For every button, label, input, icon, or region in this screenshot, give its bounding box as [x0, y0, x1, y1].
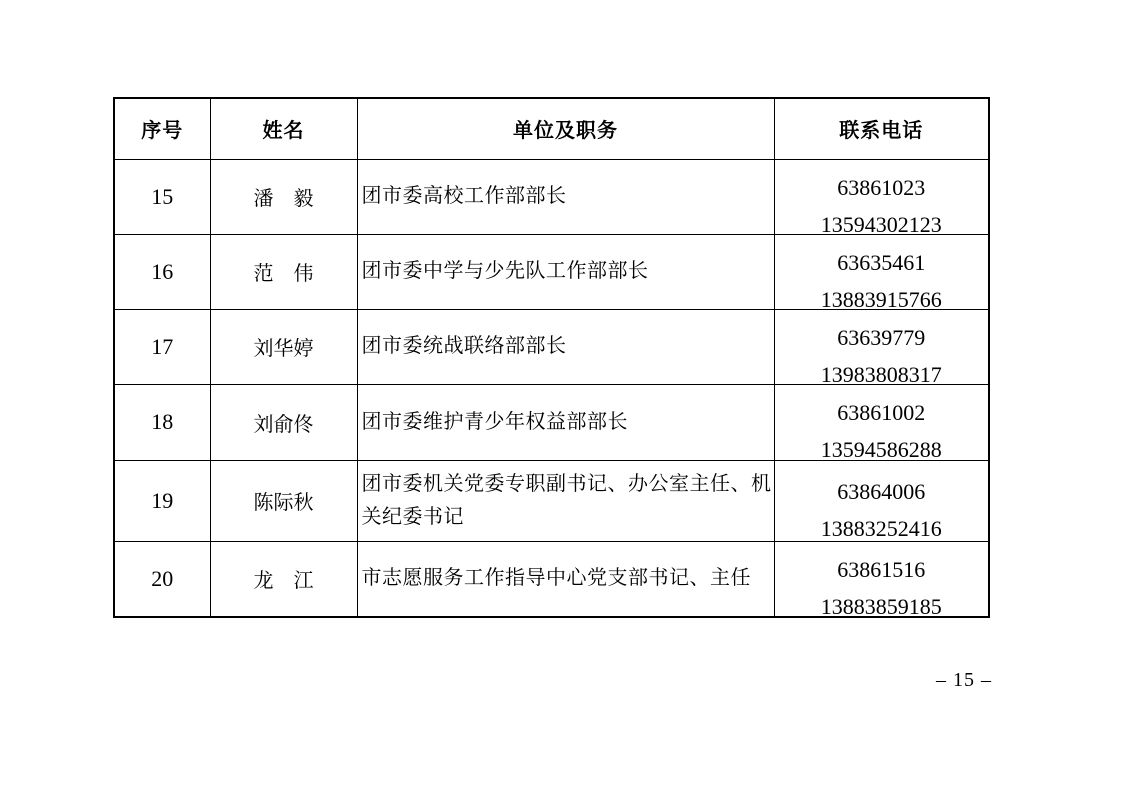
position-cell: 团市委统战联络部部长	[357, 309, 774, 384]
name-cell: 陈际秋	[210, 460, 357, 541]
phone-cell: 63861516 13883859185	[774, 541, 989, 617]
table-row: 20 龙 江 市志愿服务工作指导中心党支部书记、主任 63861516 1388…	[114, 541, 989, 617]
phone-cell: 63861002 13594586288	[774, 384, 989, 460]
name-cell: 刘俞佟	[210, 384, 357, 460]
name-cell: 刘华婷	[210, 309, 357, 384]
phone-cell: 63861023 13594302123	[774, 159, 989, 234]
phone-line-2: 13594586288	[775, 431, 989, 468]
phone-line-2: 13883859185	[775, 588, 989, 625]
phone-line-1: 63864006	[775, 473, 989, 510]
phone-line-2: 13594302123	[775, 206, 989, 243]
header-cell-unit: 单位及职务	[357, 98, 774, 159]
page-number: – 15 –	[936, 669, 992, 692]
table-row: 16 范 伟 团市委中学与少先队工作部部长 63635461 138839157…	[114, 234, 989, 309]
phone-line-2: 13883915766	[775, 281, 989, 318]
name-cell: 范 伟	[210, 234, 357, 309]
position-cell: 团市委维护青少年权益部部长	[357, 384, 774, 460]
document-page: 序号 姓名 单位及职务 联系电话 15 潘 毅 团市委高校工作部部长 63861…	[0, 0, 1122, 793]
serial-cell: 16	[114, 234, 210, 309]
table-row: 15 潘 毅 团市委高校工作部部长 63861023 13594302123	[114, 159, 989, 234]
phone-line-1: 63635461	[775, 244, 989, 281]
serial-cell: 15	[114, 159, 210, 234]
table-header-row: 序号 姓名 单位及职务 联系电话	[114, 98, 989, 159]
position-cell: 市志愿服务工作指导中心党支部书记、主任	[357, 541, 774, 617]
table-row: 18 刘俞佟 团市委维护青少年权益部部长 63861002 1359458628…	[114, 384, 989, 460]
serial-cell: 17	[114, 309, 210, 384]
serial-cell: 20	[114, 541, 210, 617]
phone-cell: 63864006 13883252416	[774, 460, 989, 541]
name-cell: 潘 毅	[210, 159, 357, 234]
name-cell: 龙 江	[210, 541, 357, 617]
phone-cell: 63635461 13883915766	[774, 234, 989, 309]
phone-line-2: 13883252416	[775, 510, 989, 547]
position-cell: 团市委高校工作部部长	[357, 159, 774, 234]
contact-table: 序号 姓名 单位及职务 联系电话 15 潘 毅 团市委高校工作部部长 63861…	[113, 97, 990, 618]
phone-line-2: 13983808317	[775, 356, 989, 393]
table-row: 17 刘华婷 团市委统战联络部部长 63639779 13983808317	[114, 309, 989, 384]
position-cell: 团市委中学与少先队工作部部长	[357, 234, 774, 309]
phone-line-1: 63861002	[775, 394, 989, 431]
phone-line-1: 63639779	[775, 319, 989, 356]
header-cell-name: 姓名	[210, 98, 357, 159]
serial-cell: 19	[114, 460, 210, 541]
position-cell: 团市委机关党委专职副书记、办公室主任、机关纪委书记	[357, 460, 774, 541]
serial-cell: 18	[114, 384, 210, 460]
table-row: 19 陈际秋 团市委机关党委专职副书记、办公室主任、机关纪委书记 6386400…	[114, 460, 989, 541]
phone-cell: 63639779 13983808317	[774, 309, 989, 384]
phone-line-1: 63861516	[775, 551, 989, 588]
phone-line-1: 63861023	[775, 169, 989, 206]
header-cell-phone: 联系电话	[774, 98, 989, 159]
header-cell-serial: 序号	[114, 98, 210, 159]
